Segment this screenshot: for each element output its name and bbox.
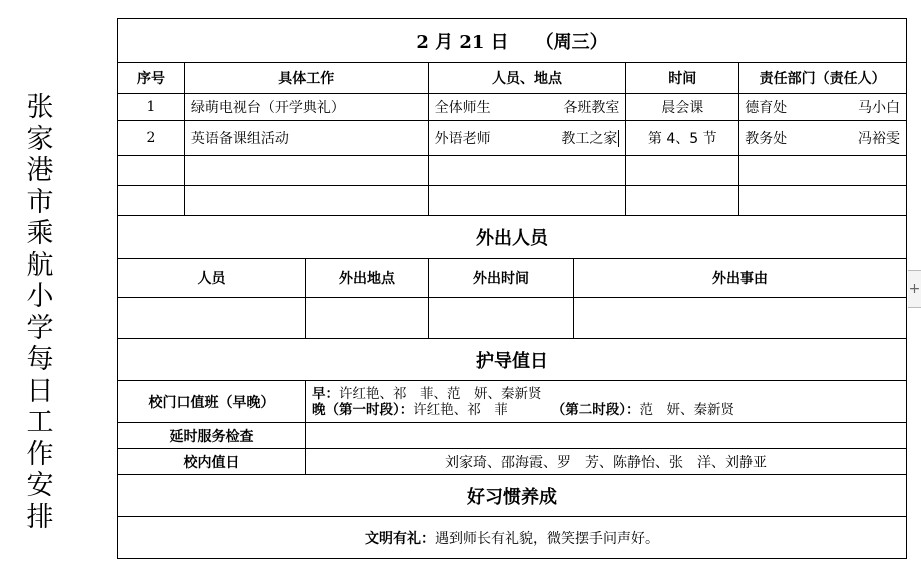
row-people-place[interactable]: [428, 186, 626, 215]
row-no[interactable]: [118, 186, 184, 215]
row-dept-name: 教务处: [745, 128, 787, 148]
title-char: 日: [22, 376, 58, 408]
title-char: 排: [22, 502, 58, 534]
row-person: 冯裕雯: [858, 128, 900, 148]
row-dept[interactable]: [738, 186, 906, 215]
campus-duty-row: 校内值日 刘家琦、邵海霞、罗 芳、陈静怡、张 洋、刘静亚: [118, 448, 906, 474]
habits-item-row: 文明有礼：遇到师长有礼貌，微笑摆手问声好。: [118, 516, 906, 558]
add-row-button[interactable]: +: [908, 270, 921, 308]
title-char: 市: [22, 187, 58, 219]
row-work[interactable]: [184, 156, 428, 185]
row-work[interactable]: 英语备课组活动: [184, 121, 428, 155]
title-char: 安: [22, 470, 58, 502]
outing-person[interactable]: [118, 298, 305, 338]
row-time[interactable]: [625, 186, 738, 215]
delay-check-row: 延时服务检查: [118, 422, 906, 448]
row-people-place[interactable]: 全体师生 各班教室: [428, 94, 626, 120]
gate-evening-line: 晚（第一时段）：许红艳、祁 菲（第二时段）：范 妍、秦新贤: [312, 402, 734, 418]
header-no[interactable]: 序号: [118, 63, 184, 93]
habits-section-title[interactable]: 好习惯养成: [118, 475, 906, 516]
title-char: 航: [22, 250, 58, 282]
row-work[interactable]: [184, 186, 428, 215]
gate-evening-names2: 范 妍、秦新贤: [640, 402, 735, 418]
title-char: 每: [22, 344, 58, 376]
habits-item-text: 遇到师长有礼貌，微笑摆手问声好。: [435, 528, 659, 548]
habits-item-label: 文明有礼：: [365, 528, 435, 548]
title-char: 乘: [22, 218, 58, 250]
row-place: 各班教室: [563, 97, 619, 117]
table-row: 2 英语备课组活动 外语老师 教工之家 第 4、5 节 教务处 冯裕雯: [118, 120, 906, 155]
gate-morning-line: 早：许红艳、祁 菲、范 妍、秦新贤: [312, 386, 542, 402]
row-dept[interactable]: 教务处 冯裕雯: [738, 121, 906, 155]
text-cursor: [618, 130, 619, 147]
header-dept[interactable]: 责任部门（责任人）: [738, 63, 906, 93]
row-no[interactable]: 2: [118, 121, 184, 155]
duty-section-title[interactable]: 护导值日: [118, 339, 906, 380]
outing-header-place[interactable]: 外出地点: [305, 259, 428, 297]
gate-evening-names1: 许红艳、祁 菲: [413, 402, 508, 418]
row-place: 教工之家: [561, 128, 617, 148]
campus-duty-label[interactable]: 校内值日: [118, 449, 305, 474]
gate-evening-label1: 晚（第一时段）：: [312, 402, 413, 418]
header-time[interactable]: 时间: [625, 63, 738, 93]
outing-time[interactable]: [428, 298, 573, 338]
row-people: 全体师生: [435, 97, 491, 117]
table-row: [118, 185, 906, 215]
habits-section-row: 好习惯养成: [118, 474, 906, 516]
gate-duty-label[interactable]: 校门口值班（早晚）: [118, 381, 305, 422]
title-char: 小: [22, 281, 58, 313]
row-no[interactable]: 1: [118, 94, 184, 120]
delay-check-value[interactable]: [305, 423, 906, 448]
gate-evening-label2: （第二时段）：: [552, 402, 640, 418]
row-work[interactable]: 绿萌电视台（开学典礼）: [184, 94, 428, 120]
habits-item[interactable]: 文明有礼：遇到师长有礼貌，微笑摆手问声好。: [118, 517, 906, 558]
delay-check-label[interactable]: 延时服务检查: [118, 423, 305, 448]
date-title[interactable]: 2 月 21 日 （周三）: [118, 19, 906, 62]
outing-section-row: 外出人员: [118, 215, 906, 258]
title-char: 学: [22, 313, 58, 345]
campus-duty-value[interactable]: 刘家琦、邵海霞、罗 芳、陈静怡、张 洋、刘静亚: [305, 449, 906, 474]
gate-morning-label: 早：: [312, 386, 339, 402]
outing-header-person[interactable]: 人员: [118, 259, 305, 297]
table-row: [118, 155, 906, 185]
outing-header-row: 人员 外出地点 外出时间 外出事由: [118, 258, 906, 297]
header-work[interactable]: 具体工作: [184, 63, 428, 93]
header-people-place[interactable]: 人员、地点: [428, 63, 626, 93]
duty-section-row: 护导值日: [118, 338, 906, 380]
document-vertical-title: 张 家 港 市 乘 航 小 学 每 日 工 作 安 排: [22, 92, 58, 533]
row-person: 马小白: [858, 97, 900, 117]
title-char: 家: [22, 124, 58, 156]
row-no[interactable]: [118, 156, 184, 185]
title-char: 工: [22, 407, 58, 439]
outing-header-time[interactable]: 外出时间: [428, 259, 573, 297]
work-header-row: 序号 具体工作 人员、地点 时间 责任部门（责任人）: [118, 62, 906, 93]
row-time[interactable]: [625, 156, 738, 185]
outing-place[interactable]: [305, 298, 428, 338]
schedule-table: 2 月 21 日 （周三） 序号 具体工作 人员、地点 时间 责任部门（责任人）…: [117, 18, 907, 559]
outing-row: [118, 297, 906, 338]
row-time[interactable]: 晨会课: [625, 94, 738, 120]
title-char: 港: [22, 155, 58, 187]
gate-morning-names: 许红艳、祁 菲、范 妍、秦新贤: [339, 386, 542, 402]
gate-duty-row: 校门口值班（早晚） 早：许红艳、祁 菲、范 妍、秦新贤 晚（第一时段）：许红艳、…: [118, 380, 906, 422]
row-people-place[interactable]: 外语老师 教工之家: [428, 121, 626, 155]
row-dept-name: 德育处: [745, 97, 787, 117]
outing-section-title[interactable]: 外出人员: [118, 216, 906, 258]
title-char: 张: [22, 92, 58, 124]
title-char: 作: [22, 439, 58, 471]
row-people: 外语老师: [435, 128, 491, 148]
gate-duty-value[interactable]: 早：许红艳、祁 菲、范 妍、秦新贤 晚（第一时段）：许红艳、祁 菲（第二时段）：…: [305, 381, 906, 422]
row-place-wrap: 教工之家: [561, 128, 619, 148]
row-people-place[interactable]: [428, 156, 626, 185]
row-dept[interactable]: 德育处 马小白: [738, 94, 906, 120]
row-time[interactable]: 第 4、5 节: [625, 121, 738, 155]
table-row: 1 绿萌电视台（开学典礼） 全体师生 各班教室 晨会课 德育处 马小白: [118, 93, 906, 120]
outing-header-reason[interactable]: 外出事由: [573, 259, 906, 297]
row-dept[interactable]: [738, 156, 906, 185]
date-row: 2 月 21 日 （周三）: [118, 19, 906, 62]
outing-reason[interactable]: [573, 298, 906, 338]
